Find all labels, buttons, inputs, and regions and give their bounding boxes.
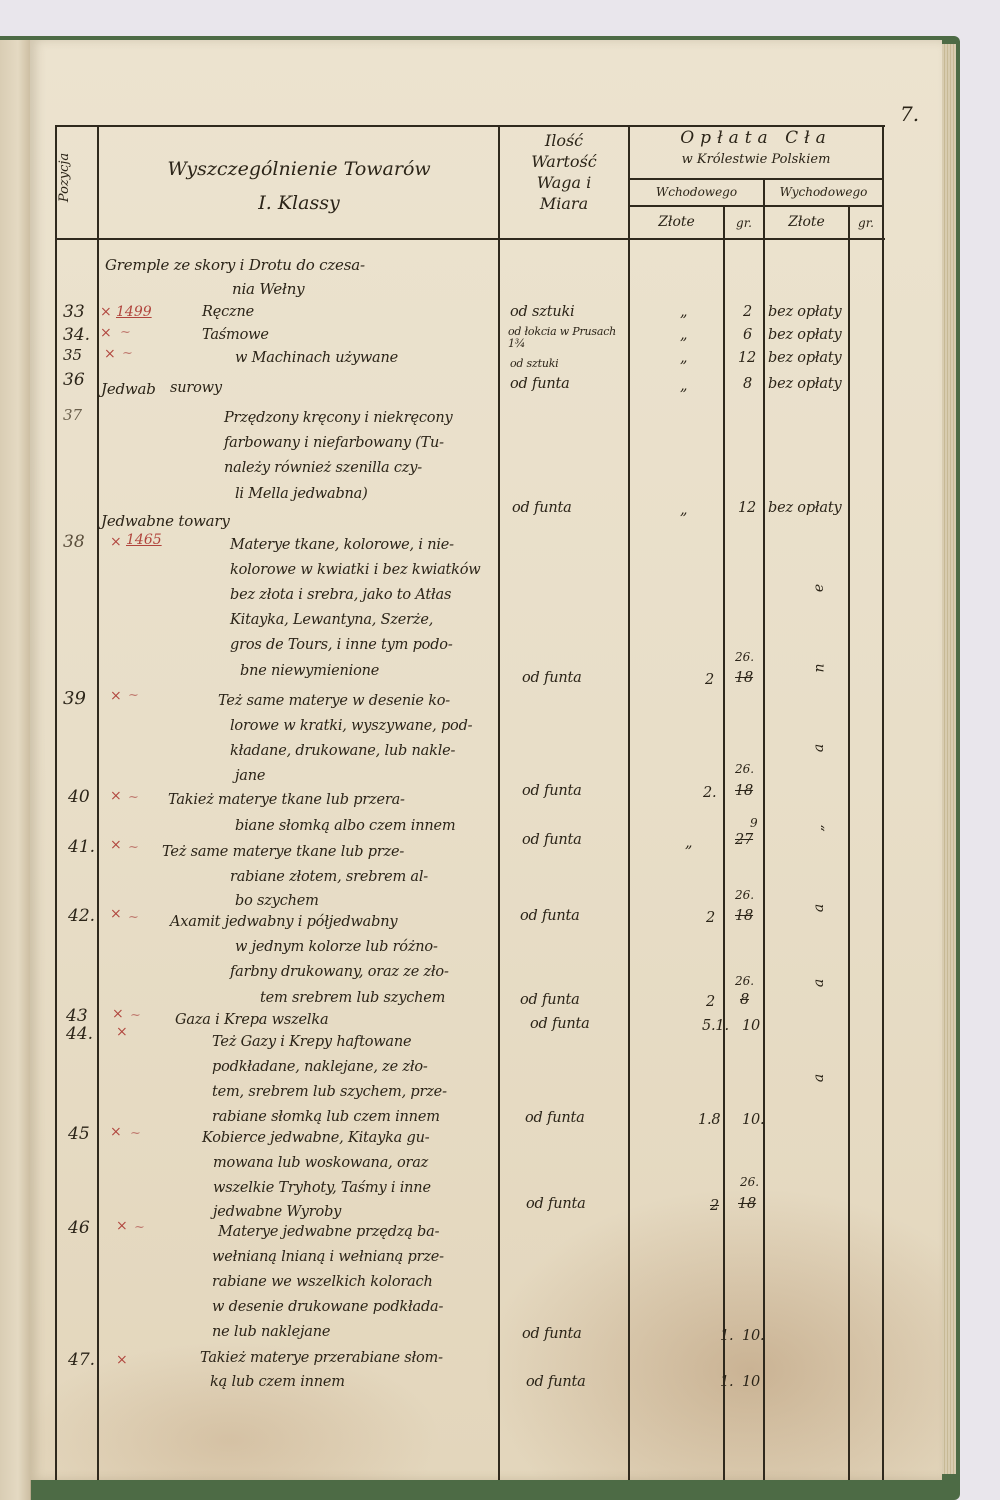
margin-mark: n (812, 663, 828, 672)
check-mark: × (100, 325, 112, 341)
item-description: Też Gazy i Krepy haftowane (212, 1034, 411, 1050)
row-number: 35 (63, 346, 82, 364)
item-description: Taśmowe (202, 327, 269, 343)
header-import: Wchodowego (630, 185, 763, 199)
header-out-zlote: Złote (765, 214, 848, 231)
section-heading-wool-cards-cont: nia Wełny (232, 280, 304, 298)
row-number: 38 (63, 532, 85, 552)
row-number: 39 (63, 688, 86, 709)
check-mark: × (110, 837, 122, 853)
import-groszy-struck: 8 (740, 992, 749, 1008)
item-description: li Mella jedwabna) (235, 486, 368, 502)
import-zlote: 5.1. (702, 1018, 729, 1034)
page-edges (942, 44, 956, 1474)
item-description: wszelkie Tryhoty, Taśmy i inne (213, 1180, 431, 1196)
header-duty-subtitle: w Królestwie Polskiem (630, 152, 882, 168)
row-number: 47. (68, 1350, 95, 1370)
unit: od funta (530, 1016, 590, 1032)
check-mark: × (100, 304, 112, 320)
margin-mark: a (811, 904, 827, 912)
check-mark: × (104, 346, 116, 362)
item-description: Też same materye tkane lub prze- (162, 844, 404, 860)
item-description: Materye tkane, kolorowe, i nie- (230, 537, 454, 553)
import-groszy: 10. (742, 1328, 764, 1344)
import-zlote: 1. (720, 1328, 733, 1344)
import-groszy-corrected: 26. (735, 974, 754, 988)
import-groszy: 12 (738, 350, 756, 366)
unit: od funta (522, 783, 582, 799)
import-groszy-struck: 18 (735, 783, 753, 799)
col-border-left (55, 125, 57, 1480)
header-goods-class: I. Klassy (100, 192, 498, 215)
item-description: rabiane słomką lub czem innem (212, 1109, 440, 1125)
import-groszy: 2 (743, 304, 752, 320)
ditto-mark: ~ (134, 1220, 145, 1235)
ditto-mark: ~ (130, 1008, 141, 1023)
unit: od funta (520, 992, 580, 1008)
import-zlote: „ (680, 327, 687, 343)
item-description: farbowany i niefarbowany (Tu- (224, 435, 444, 451)
item-description: w jednym kolorze lub różno- (235, 939, 438, 955)
check-mark: × (112, 1006, 124, 1022)
import-zlote: „ (680, 304, 687, 320)
import-groszy-struck: 18 (735, 908, 753, 924)
import-groszy: 12 (738, 500, 756, 516)
header-goods-title: Wyszczególnienie Towarów (100, 158, 498, 181)
header-position: Pozycja (57, 153, 72, 202)
import-zlote: 2 (706, 910, 715, 926)
import-groszy-corrected: 26. (735, 650, 754, 664)
item-description: podkładane, naklejane, ze zło- (212, 1059, 428, 1075)
import-zlote-struck: 2 (710, 1198, 719, 1214)
header-export: Wychodowego (765, 185, 882, 199)
item-description: tem srebrem lub szychem (260, 990, 445, 1006)
item-description: Takież materye przerabiane słom- (200, 1350, 443, 1366)
ditto-mark: ~ (130, 1126, 141, 1141)
header-qty-line: Wartość (500, 151, 628, 172)
export-duty: bez opłaty (768, 327, 842, 343)
export-duty: bez opłaty (768, 350, 842, 366)
item-description: bne niewymienione (240, 663, 379, 679)
reference-number: 1499 (116, 304, 152, 320)
table-top-border (55, 125, 885, 127)
import-groszy: 6 (743, 327, 752, 343)
import-groszy-struck: 18 (735, 670, 753, 686)
row-number: 44. (66, 1024, 93, 1044)
import-zlote: „ (685, 835, 692, 851)
header-bottom-border (55, 238, 885, 240)
import-zlote: 1. (720, 1374, 733, 1390)
section-heading-silk-goods: Jedwabne towary (101, 512, 230, 530)
left-page-edge (0, 40, 31, 1500)
section-heading-wool-cards: Gremple ze skory i Drotu do czesa- (105, 256, 365, 274)
header-in-zlote: Złote (630, 214, 723, 231)
unit: od funta (526, 1374, 586, 1390)
page-number: 7. (900, 102, 919, 126)
item-description: Ręczne (202, 304, 254, 320)
import-groszy-corrected: 26. (735, 762, 754, 776)
import-zlote: „ (680, 502, 687, 518)
item-description: Przędzony kręcony i niekręcony (224, 410, 452, 426)
header-duty-title: Opłata Cła (630, 128, 882, 148)
import-zlote: 2 (706, 994, 715, 1010)
import-groszy: 10 (742, 1018, 760, 1034)
item-description: tem, srebrem lub szychem, prze- (212, 1084, 447, 1100)
margin-mark: „ (811, 824, 827, 831)
import-zlote: 2. (703, 785, 716, 801)
section-heading-silk: Jedwab (101, 380, 156, 398)
col-border-qty (628, 125, 630, 1480)
header-qty-line: Waga i (500, 172, 628, 193)
item-description: bez złota i srebra, jako to Atłas (230, 587, 451, 603)
unit: od łokcia w Prusach 1¾ (508, 326, 618, 349)
import-zlote: „ (680, 350, 687, 366)
check-mark: × (110, 1124, 122, 1140)
import-zlote: 2 (705, 672, 714, 688)
import-groszy: 10. (742, 1112, 764, 1128)
header-qty-line: Ilość (500, 130, 628, 151)
unit: od funta (522, 670, 582, 686)
item-description: jane (235, 768, 265, 784)
import-groszy-corrected: 26. (740, 1175, 759, 1189)
ditto-mark: ~ (128, 790, 139, 805)
unit: od funta (526, 1196, 586, 1212)
margin-mark: a (811, 1074, 827, 1082)
ditto-mark: ~ (128, 688, 139, 703)
duty-subheader-line (630, 178, 882, 180)
item-description: mowana lub woskowana, oraz (213, 1155, 428, 1171)
unit: od funta (512, 500, 572, 516)
col-border-in (763, 180, 765, 1480)
item-description: farbny drukowany, oraz ze zło- (230, 964, 449, 980)
header-out-gr: gr. (850, 216, 882, 230)
import-groszy: 10 (742, 1374, 760, 1390)
import-zlote: „ (680, 378, 687, 394)
check-mark: × (110, 534, 122, 550)
unit: od funta (522, 1326, 582, 1342)
export-duty: bez opłaty (768, 500, 842, 516)
unit: od funta (510, 376, 570, 392)
unit: od sztuki (510, 358, 559, 370)
item-description: jedwabne Wyroby (213, 1204, 341, 1220)
unit: od funta (525, 1110, 585, 1126)
check-mark: × (116, 1024, 128, 1040)
item-description: Kitayka, Lewantyna, Szerże, (230, 612, 433, 628)
unit: od sztuki (510, 304, 575, 320)
check-mark: × (110, 788, 122, 804)
row-number: 43 (66, 1006, 88, 1026)
item-description: Kobierce jedwabne, Kitayka gu- (202, 1130, 429, 1146)
check-mark: × (110, 906, 122, 922)
row-number: 34. (63, 325, 90, 345)
row-number: 42. (68, 906, 95, 926)
margin-mark: a (811, 744, 827, 752)
item-description: Materye jedwabne przędzą ba- (218, 1224, 439, 1240)
item-description: bo szychem (235, 893, 319, 909)
col-border-goods (498, 125, 500, 1480)
header-in-gr: gr. (725, 216, 763, 230)
header-qty-line: Miara (500, 193, 628, 214)
import-groszy-corrected: 26. (735, 888, 754, 902)
row-number: 40 (68, 787, 90, 807)
duty-subheader-line-2 (630, 205, 882, 207)
item-description: Gaza i Krepa wszelka (175, 1012, 328, 1028)
import-groszy-corrected: 9 (750, 816, 758, 830)
col-border-in-gr (723, 205, 725, 1480)
item-description: rabiane złotem, srebrem al- (230, 869, 428, 885)
export-duty: bez opłaty (768, 376, 842, 392)
ditto-mark: ~ (122, 346, 133, 361)
import-zlote: 1.8 (698, 1112, 720, 1128)
row-number: 36 (63, 370, 85, 390)
item-description: ką lub czem innem (210, 1374, 345, 1390)
item-description: kładane, drukowane, lub nakle- (230, 743, 455, 759)
col-border-no (97, 125, 99, 1480)
reference-number: 1465 (126, 532, 162, 548)
check-mark: × (116, 1352, 128, 1368)
item-description: ne lub naklejane (212, 1324, 330, 1340)
ditto-mark: ~ (128, 840, 139, 855)
item-description: kolorowe w kwiatki i bez kwiatków (230, 562, 481, 578)
ditto-mark: ~ (128, 910, 139, 925)
item-description: Też same materye w desenie ko- (218, 693, 450, 709)
item-description: biane słomką albo czem innem (235, 818, 455, 834)
item-description: Takież materye tkane lub przera- (168, 792, 405, 808)
row-number: 41. (68, 837, 95, 857)
row-number: 33 (63, 302, 85, 322)
import-groszy: 8 (743, 376, 752, 392)
item-description: rabiane we wszelkich kolorach (212, 1274, 433, 1290)
import-groszy-struck: 18 (738, 1196, 756, 1212)
row-number: 46 (68, 1218, 90, 1238)
check-mark: × (116, 1218, 128, 1234)
header-qty: Ilość Wartość Waga i Miara (500, 130, 628, 214)
unit: od funta (520, 908, 580, 924)
ledger-page: 7. Pozycja Wyszczególnienie Towarów I. K… (30, 40, 942, 1480)
col-border-out-gr (848, 205, 850, 1480)
unit: od funta (522, 832, 582, 848)
item-description: w Machinach używane (235, 350, 398, 366)
item-description: wełnianą lnianą i wełnianą prze- (212, 1249, 444, 1265)
item-description: lorowe w kratki, wyszywane, pod- (230, 718, 472, 734)
item-description: surowy (170, 380, 222, 396)
item-description: Axamit jedwabny i półjedwabny (170, 914, 397, 930)
export-duty: bez opłaty (768, 304, 842, 320)
ditto-mark: ~ (120, 325, 131, 340)
import-groszy-struck: 27 (735, 832, 753, 848)
check-mark: × (110, 688, 122, 704)
margin-mark: e (811, 584, 827, 592)
margin-mark: a (811, 979, 827, 987)
row-number: 45 (68, 1124, 90, 1144)
col-border-right (882, 125, 884, 1480)
item-description: w desenie drukowane podkłada- (212, 1299, 443, 1315)
item-description: należy również szenilla czy- (224, 460, 422, 476)
row-number: 37 (63, 406, 82, 424)
item-description: gros de Tours, i inne tym podo- (230, 637, 453, 653)
